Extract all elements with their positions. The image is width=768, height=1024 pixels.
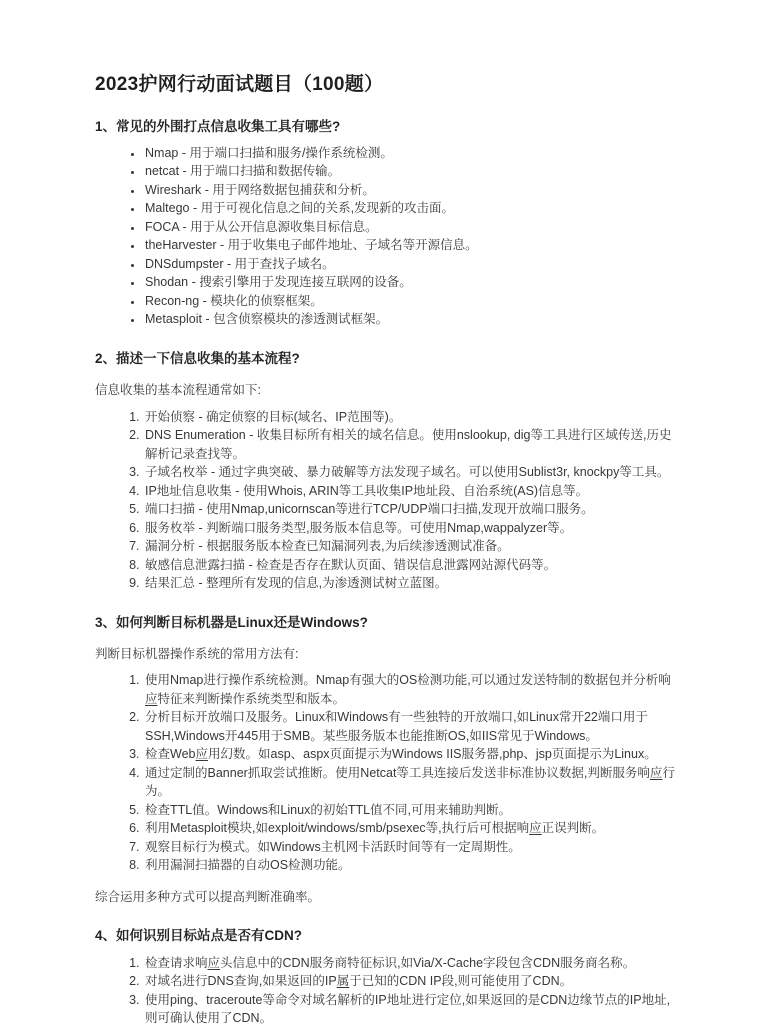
list-item: 服务枚举 - 判断端口服务类型,服务版本信息等。可使用Nmap,wappalyz… bbox=[143, 519, 678, 538]
list-item: Maltego - 用于可视化信息之间的关系,发现新的攻击面。 bbox=[143, 199, 678, 218]
list-item: Wireshark - 用于网络数据包捕获和分析。 bbox=[143, 181, 678, 200]
list-item: 通过定制的Banner抓取尝试推断。使用Netcat等工具连接后发送非标准协议数… bbox=[143, 764, 678, 801]
list-item: 使用Nmap进行操作系统检测。Nmap有强大的OS检测功能,可以通过发送特制的数… bbox=[143, 671, 678, 708]
section-question-4: 4、如何识别目标站点是否有CDN? 检查请求响应头信息中的CDN服务商特征标识,… bbox=[95, 927, 678, 1024]
list-item: 观察目标行为模式。如Windows主机网卡活跃时间等有一定周期性。 bbox=[143, 838, 678, 857]
question-2-intro: 信息收集的基本流程通常如下: bbox=[95, 381, 678, 400]
section-question-1: 1、常见的外围打点信息收集工具有哪些? Nmap - 用于端口扫描和服务/操作系… bbox=[95, 118, 678, 329]
section-question-2: 2、描述一下信息收集的基本流程? 信息收集的基本流程通常如下: 开始侦察 - 确… bbox=[95, 350, 678, 593]
list-item: 对域名进行DNS查询,如果返回的IP属于已知的CDN IP段,则可能使用了CDN… bbox=[143, 972, 678, 991]
page-title: 2023护网行动面试题目（100题） bbox=[95, 73, 678, 97]
question-2-heading: 2、描述一下信息收集的基本流程? bbox=[95, 350, 678, 368]
list-item: 检查请求响应头信息中的CDN服务商特征标识,如Via/X-Cache字段包含CD… bbox=[143, 954, 678, 973]
list-item: Metasploit - 包含侦察模块的渗透测试框架。 bbox=[143, 310, 678, 329]
list-item: FOCA - 用于从公开信息源收集目标信息。 bbox=[143, 218, 678, 237]
list-item: 结果汇总 - 整理所有发现的信息,为渗透测试树立蓝图。 bbox=[143, 574, 678, 593]
list-item: IP地址信息收集 - 使用Whois, ARIN等工具收集IP地址段、自治系统(… bbox=[143, 482, 678, 501]
question-3-heading: 3、如何判断目标机器是Linux还是Windows? bbox=[95, 614, 678, 632]
list-item: 端口扫描 - 使用Nmap,unicornscan等进行TCP/UDP端口扫描,… bbox=[143, 500, 678, 519]
question-3-outro: 综合运用多种方式可以提高判断准确率。 bbox=[95, 888, 678, 907]
list-item: DNS Enumeration - 收集目标所有相关的域名信息。使用nslook… bbox=[143, 426, 678, 463]
section-question-3: 3、如何判断目标机器是Linux还是Windows? 判断目标机器操作系统的常用… bbox=[95, 614, 678, 907]
document-page: 2023护网行动面试题目（100题） 1、常见的外围打点信息收集工具有哪些? N… bbox=[0, 0, 768, 1024]
list-item: Recon-ng - 模块化的侦察框架。 bbox=[143, 292, 678, 311]
list-item: theHarvester - 用于收集电子邮件地址、子域名等开源信息。 bbox=[143, 236, 678, 255]
os-detection-methods-list: 使用Nmap进行操作系统检测。Nmap有强大的OS检测功能,可以通过发送特制的数… bbox=[95, 671, 678, 875]
list-item: 敏感信息泄露扫描 - 检查是否存在默认页面、错误信息泄露网站源代码等。 bbox=[143, 556, 678, 575]
list-item: 利用Metasploit模块,如exploit/windows/smb/psex… bbox=[143, 819, 678, 838]
list-item: 检查TTL值。Windows和Linux的初始TTL值不同,可用来辅助判断。 bbox=[143, 801, 678, 820]
list-item: 漏洞分析 - 根据服务版本检查已知漏洞列表,为后续渗透测试准备。 bbox=[143, 537, 678, 556]
question-4-heading: 4、如何识别目标站点是否有CDN? bbox=[95, 927, 678, 945]
list-item: Shodan - 搜索引擎用于发现连接互联网的设备。 bbox=[143, 273, 678, 292]
question-3-intro: 判断目标机器操作系统的常用方法有: bbox=[95, 645, 678, 664]
list-item: 子域名枚举 - 通过字典突破、暴力破解等方法发现子域名。可以使用Sublist3… bbox=[143, 463, 678, 482]
list-item: Nmap - 用于端口扫描和服务/操作系统检测。 bbox=[143, 144, 678, 163]
info-gathering-steps-list: 开始侦察 - 确定侦察的目标(域名、IP范围等)。 DNS Enumeratio… bbox=[95, 408, 678, 593]
list-item: 分析目标开放端口及服务。Linux和Windows有一些独特的开放端口,如Lin… bbox=[143, 708, 678, 745]
recon-tools-list: Nmap - 用于端口扫描和服务/操作系统检测。 netcat - 用于端口扫描… bbox=[95, 144, 678, 329]
question-1-heading: 1、常见的外围打点信息收集工具有哪些? bbox=[95, 118, 678, 136]
list-item: netcat - 用于端口扫描和数据传输。 bbox=[143, 162, 678, 181]
list-item: 利用漏洞扫描器的自动OS检测功能。 bbox=[143, 856, 678, 875]
list-item: 检查Web应用幻数。如asp、aspx页面提示为Windows IIS服务器,p… bbox=[143, 745, 678, 764]
cdn-detection-list: 检查请求响应头信息中的CDN服务商特征标识,如Via/X-Cache字段包含CD… bbox=[95, 954, 678, 1024]
list-item: 开始侦察 - 确定侦察的目标(域名、IP范围等)。 bbox=[143, 408, 678, 427]
list-item: DNSdumpster - 用于查找子域名。 bbox=[143, 255, 678, 274]
list-item: 使用ping、traceroute等命令对域名解析的IP地址进行定位,如果返回的… bbox=[143, 991, 678, 1024]
